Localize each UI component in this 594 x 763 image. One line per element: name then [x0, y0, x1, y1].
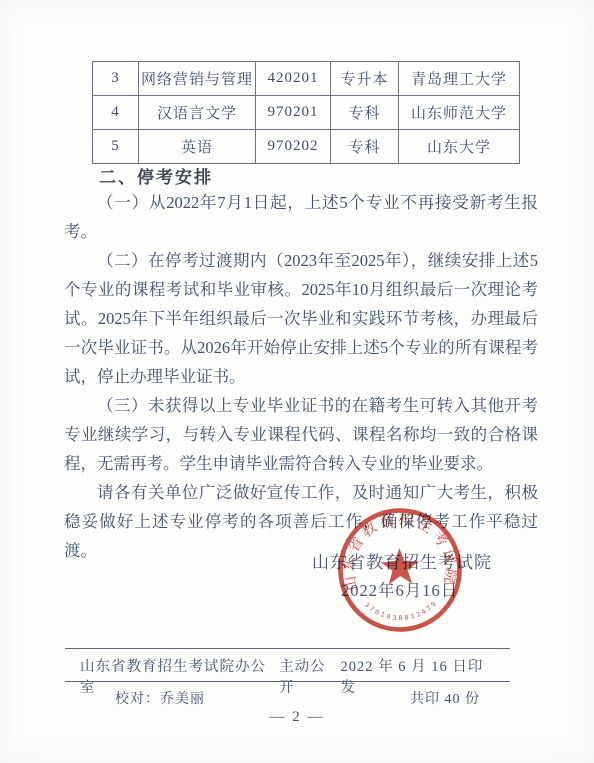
cell-major-code: 420201 [256, 62, 331, 96]
seal-serial-number: 3701030012479 [363, 598, 440, 623]
paragraph-2: （二）在停考过渡期内（2023年至2025年），继续安排上述5个专业的课程考试和… [64, 246, 538, 391]
body-text: （一）从2022年7月1日起，上述5个专业不再接受新考生报考。 （二）在停考过渡… [64, 188, 538, 565]
imprint-copies: 共印 40 份 [410, 688, 480, 708]
page-number: — 2 — [0, 709, 594, 726]
cell-level: 专升本 [331, 62, 399, 96]
suspended-majors-table: 3 网络营销与管理 420201 专升本 青岛理工大学 4 汉语言文学 9702… [92, 61, 520, 164]
imprint-rule-top [65, 648, 510, 649]
imprint-row-2: 校对：乔美丽 共印 40 份 [65, 688, 510, 708]
paragraph-1: （一）从2022年7月1日起，上述5个专业不再接受新考生报考。 [64, 188, 538, 246]
official-seal: 山东省教育招生考试院 3701030012479 [333, 503, 467, 637]
cell-major-code: 970202 [256, 130, 331, 164]
imprint-rule-bottom [65, 681, 510, 682]
cell-host-school: 山东师范大学 [399, 96, 520, 130]
table-row: 3 网络营销与管理 420201 专升本 青岛理工大学 [93, 62, 520, 96]
cell-row-number: 3 [93, 62, 139, 96]
cell-major-code: 970201 [256, 96, 331, 130]
table-row: 4 汉语言文学 970201 专科 山东师范大学 [93, 96, 520, 130]
cell-row-number: 5 [93, 130, 139, 164]
cell-level: 专科 [331, 130, 399, 164]
cell-major-name: 英语 [139, 130, 256, 164]
cell-major-name: 网络营销与管理 [139, 62, 256, 96]
cell-host-school: 青岛理工大学 [399, 62, 520, 96]
section-heading: 二、停考安排 [99, 163, 213, 188]
cell-host-school: 山东大学 [399, 130, 520, 164]
scanned-document-page: 3 网络营销与管理 420201 专升本 青岛理工大学 4 汉语言文学 9702… [0, 0, 594, 763]
imprint-proofreader: 校对：乔美丽 [115, 688, 205, 708]
table-row: 5 英语 970202 专科 山东大学 [93, 130, 520, 164]
cell-level: 专科 [331, 96, 399, 130]
seal-star-icon [380, 547, 419, 585]
paragraph-3: （三）未获得以上专业毕业证书的在籍考生可转入其他开考专业继续学习，与转入专业课程… [64, 391, 538, 478]
seal-serial-holder: 3701030012479 [363, 598, 440, 623]
cell-row-number: 4 [93, 96, 139, 130]
cell-major-name: 汉语言文学 [139, 96, 256, 130]
